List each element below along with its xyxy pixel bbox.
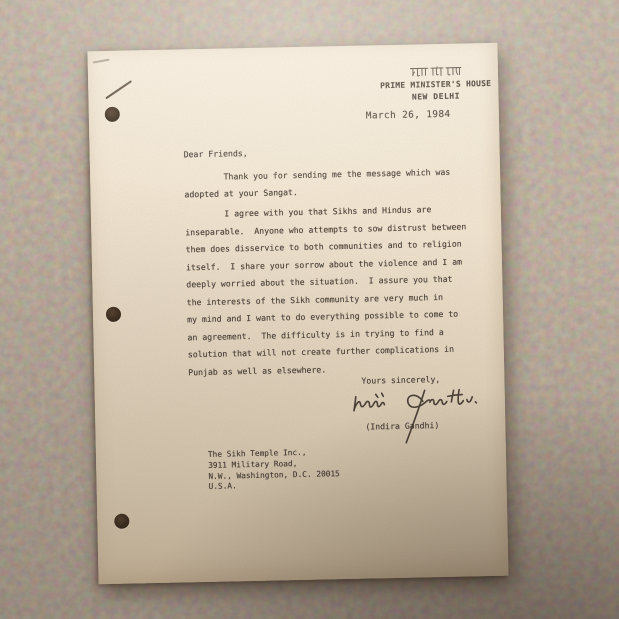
recipient-address: The Sikh Temple Inc., 3911 Military Road…: [208, 447, 340, 493]
letter-date: March 26, 1984: [366, 109, 451, 122]
punch-hole-top: [105, 107, 120, 122]
photo-of-letter-on-carpet: PRIME MINISTER'S HOUSE NEW DELHI March 2…: [0, 0, 619, 619]
punch-hole-middle: [106, 307, 121, 322]
letter-document: PRIME MINISTER'S HOUSE NEW DELHI March 2…: [87, 43, 508, 584]
letterhead-org: PRIME MINISTER'S HOUSE: [323, 78, 548, 92]
body-paragraph-1: Thank you for sending me the message whi…: [184, 164, 451, 204]
faint-pencil-dash: [93, 59, 110, 64]
punch-hole-bottom: [114, 514, 129, 529]
letterhead: PRIME MINISTER'S HOUSE NEW DELHI: [323, 64, 549, 104]
salutation: Dear Friends,: [184, 148, 248, 159]
closing: Yours sincerely,: [361, 374, 440, 386]
handwritten-signature: [347, 387, 488, 448]
body-paragraph-2: I agree with you that Sikhs and Hindus a…: [185, 200, 470, 381]
pen-slash-mark: [105, 80, 132, 99]
letterhead-devanagari-text: [409, 66, 461, 78]
